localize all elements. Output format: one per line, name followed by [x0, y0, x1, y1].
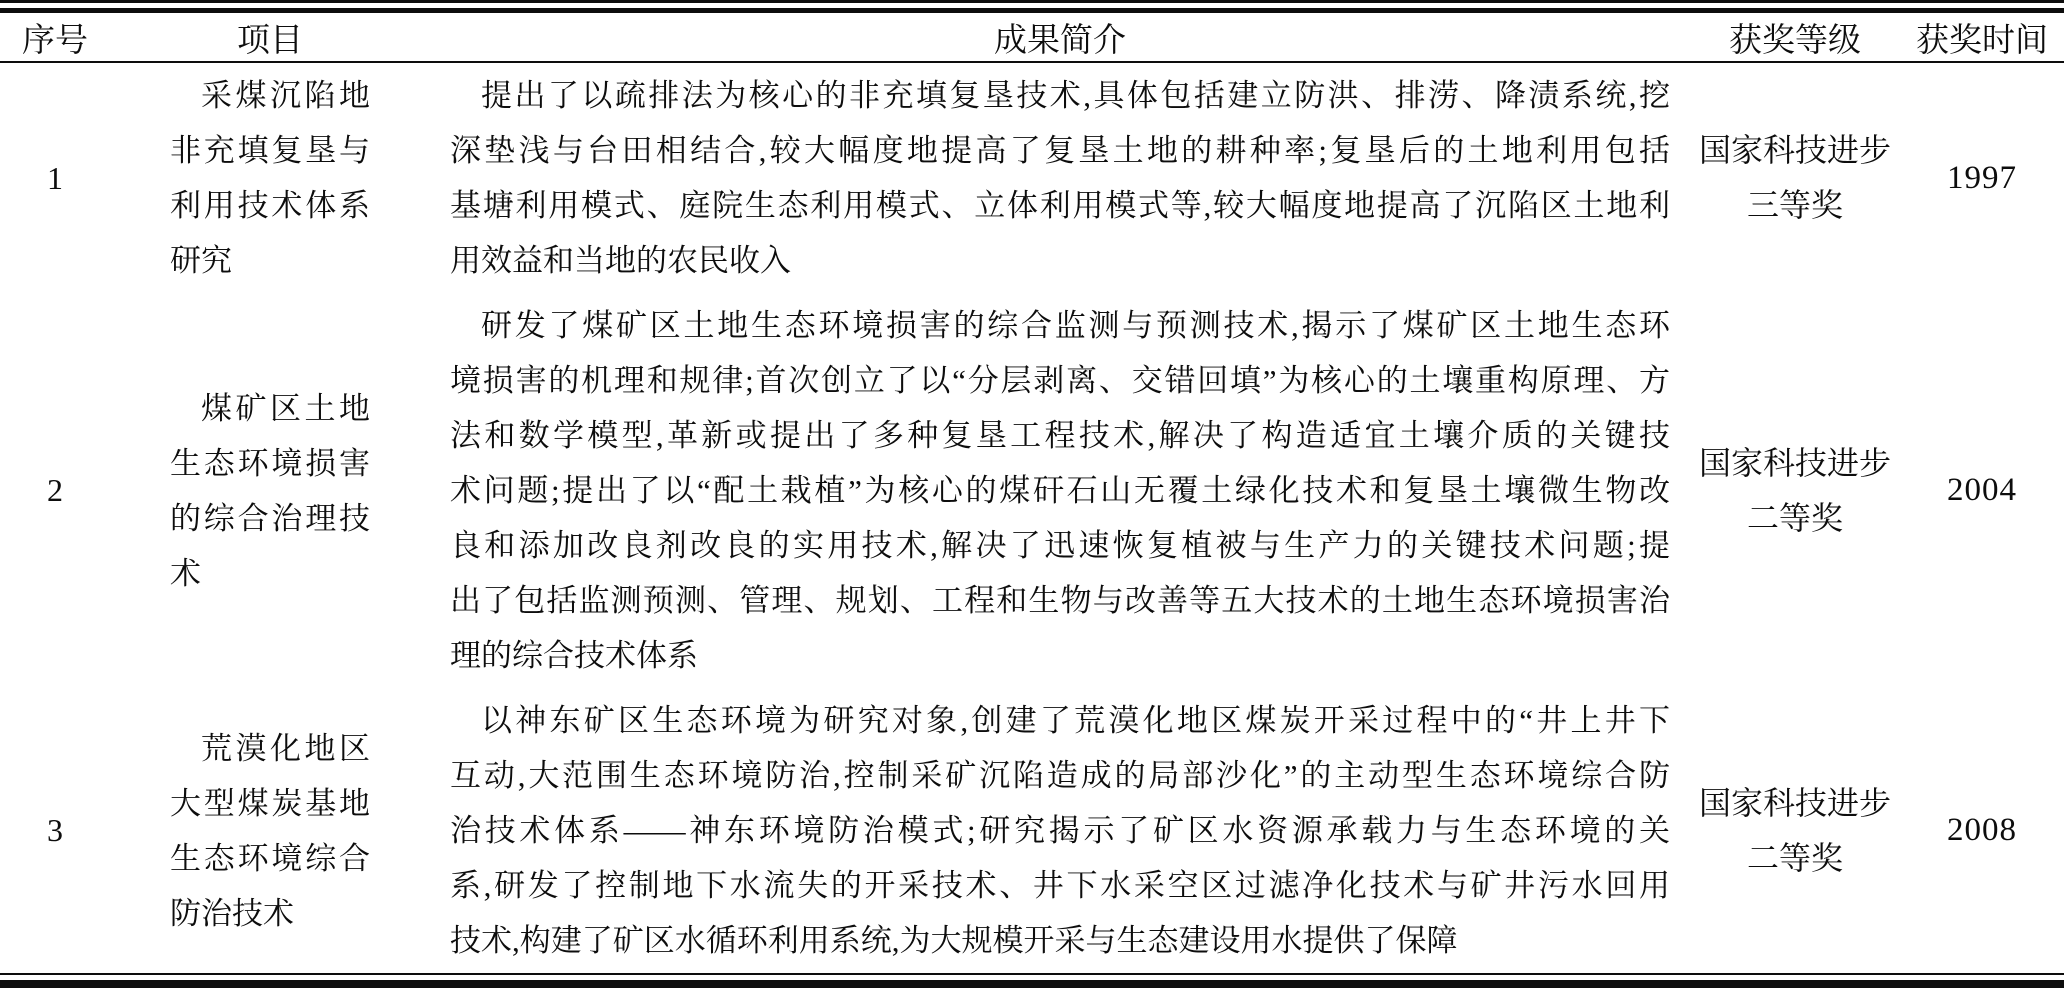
text-line: 理的综合技术体系 [450, 628, 1670, 683]
text-line: 治技术体系——神东环境防治模式;研究揭示了矿区水资源承载力与生态环境的关 [450, 803, 1670, 858]
text-line: 国家科技进步 [1690, 436, 1900, 491]
col-header-summary: 成果简介 [430, 11, 1690, 63]
col-header-no: 序号 [0, 11, 110, 63]
cell-award-level: 国家科技进步二等奖 [1690, 688, 1900, 974]
text-line: 国家科技进步 [1690, 123, 1900, 178]
text-line: 良和添加改良剂改良的实用技术,解决了迅速恢复植被与生产力的关键技术问题;提 [450, 518, 1670, 573]
text-line: 用效益和当地的农民收入 [450, 233, 1670, 288]
text-line: 二等奖 [1690, 491, 1900, 546]
table-row: 1 采煤沉陷地非充填复垦与利用技术体系研究 提出了以疏排法为核心的非充填复垦技术… [0, 62, 2064, 293]
award-level-text: 国家科技进步二等奖 [1690, 776, 1900, 886]
table-row: 2 煤矿区土地生态环境损害的综合治理技术 研发了煤矿区土地生态环境损害的综合监测… [0, 293, 2064, 688]
achievement-summary-text: 研发了煤矿区土地生态环境损害的综合监测与预测技术,揭示了煤矿区土地生态环境损害的… [450, 298, 1670, 683]
text-line: 术问题;提出了以“配土栽植”为核心的煤矸石山无覆土绿化技术和复垦土壤微生物改 [450, 463, 1670, 518]
cell-serial-number: 2 [0, 293, 110, 688]
cell-award-year: 2008 [1900, 688, 2064, 974]
cell-serial-number: 1 [0, 62, 110, 293]
text-line: 利用技术体系 [170, 178, 370, 233]
project-name-text: 采煤沉陷地非充填复垦与利用技术体系研究 [170, 68, 370, 288]
text-line: 系,研发了控制地下水流失的开采技术、井下水采空区过滤净化技术与矿井污水回用 [450, 858, 1670, 913]
col-header-project: 项目 [110, 11, 430, 63]
achievement-summary-text: 提出了以疏排法为核心的非充填复垦技术,具体包括建立防洪、排涝、降渍系统,挖深垫浅… [450, 68, 1670, 288]
table-row: 3 荒漠化地区大型煤炭基地生态环境综合防治技术 以神东矿区生态环境为研究对象,创… [0, 688, 2064, 974]
text-line: 术 [170, 546, 370, 601]
cell-serial-number: 3 [0, 688, 110, 974]
cell-award-year: 2004 [1900, 293, 2064, 688]
text-line: 防治技术 [170, 886, 370, 941]
project-name-text: 荒漠化地区大型煤炭基地生态环境综合防治技术 [170, 721, 370, 941]
cell-achievement-summary: 提出了以疏排法为核心的非充填复垦技术,具体包括建立防洪、排涝、降渍系统,挖深垫浅… [430, 62, 1690, 293]
cell-award-level: 国家科技进步三等奖 [1690, 62, 1900, 293]
cell-award-level: 国家科技进步二等奖 [1690, 293, 1900, 688]
text-line: 二等奖 [1690, 831, 1900, 886]
cell-achievement-summary: 研发了煤矿区土地生态环境损害的综合监测与预测技术,揭示了煤矿区土地生态环境损害的… [430, 293, 1690, 688]
text-line: 生态环境综合 [170, 831, 370, 886]
text-line: 非充填复垦与 [170, 123, 370, 178]
text-line: 提出了以疏排法为核心的非充填复垦技术,具体包括建立防洪、排涝、降渍系统,挖 [450, 68, 1670, 123]
award-level-text: 国家科技进步三等奖 [1690, 123, 1900, 233]
text-line: 出了包括监测预测、管理、规划、工程和生物与改善等五大技术的土地生态环境损害治 [450, 573, 1670, 628]
text-line: 研究 [170, 233, 370, 288]
text-line: 煤矿区土地 [170, 381, 370, 436]
text-line: 基塘利用模式、庭院生态利用模式、立体利用模式等,较大幅度地提高了沉陷区土地利 [450, 178, 1670, 233]
award-level-text: 国家科技进步二等奖 [1690, 436, 1900, 546]
text-line: 技术,构建了矿区水循环利用系统,为大规模开采与生态建设用水提供了保障 [450, 913, 1670, 968]
text-line: 国家科技进步 [1690, 776, 1900, 831]
text-line: 法和数学模型,革新或提出了多种复垦工程技术,解决了构造适宜土壤介质的关键技 [450, 408, 1670, 463]
text-line: 三等奖 [1690, 178, 1900, 233]
document-page: 序号 项目 成果简介 获奖等级 获奖时间 1 采煤沉陷地非充填复垦与利用技术体系… [0, 0, 2064, 992]
table-header: 序号 项目 成果简介 获奖等级 获奖时间 [0, 11, 2064, 63]
project-name-text: 煤矿区土地生态环境损害的综合治理技术 [170, 381, 370, 601]
cell-project-name: 煤矿区土地生态环境损害的综合治理技术 [110, 293, 430, 688]
achievement-summary-text: 以神东矿区生态环境为研究对象,创建了荒漠化地区煤炭开采过程中的“井上井下互动,大… [450, 693, 1670, 968]
col-header-year: 获奖时间 [1900, 11, 2064, 63]
awards-table: 序号 项目 成果简介 获奖等级 获奖时间 1 采煤沉陷地非充填复垦与利用技术体系… [0, 8, 2064, 975]
text-line: 研发了煤矿区土地生态环境损害的综合监测与预测技术,揭示了煤矿区土地生态环 [450, 298, 1670, 353]
text-line: 以神东矿区生态环境为研究对象,创建了荒漠化地区煤炭开采过程中的“井上井下 [450, 693, 1670, 748]
text-line: 荒漠化地区 [170, 721, 370, 776]
cell-project-name: 采煤沉陷地非充填复垦与利用技术体系研究 [110, 62, 430, 293]
text-line: 大型煤炭基地 [170, 776, 370, 831]
col-header-award: 获奖等级 [1690, 11, 1900, 63]
text-line: 互动,大范围生态环境防治,控制采矿沉陷造成的局部沙化”的主动型生态环境综合防 [450, 748, 1670, 803]
text-line: 采煤沉陷地 [170, 68, 370, 123]
text-line: 的综合治理技 [170, 491, 370, 546]
text-line: 深垫浅与台田相结合,较大幅度地提高了复垦土地的耕种率;复垦后的土地利用包括 [450, 123, 1670, 178]
cell-achievement-summary: 以神东矿区生态环境为研究对象,创建了荒漠化地区煤炭开采过程中的“井上井下互动,大… [430, 688, 1690, 974]
cell-project-name: 荒漠化地区大型煤炭基地生态环境综合防治技术 [110, 688, 430, 974]
header-row: 序号 项目 成果简介 获奖等级 获奖时间 [0, 11, 2064, 63]
text-line: 境损害的机理和规律;首次创立了以“分层剥离、交错回填”为核心的土壤重构原理、方 [450, 353, 1670, 408]
text-line: 生态环境损害 [170, 436, 370, 491]
cell-award-year: 1997 [1900, 62, 2064, 293]
table-frame: 序号 项目 成果简介 获奖等级 获奖时间 1 采煤沉陷地非充填复垦与利用技术体系… [0, 0, 2064, 988]
